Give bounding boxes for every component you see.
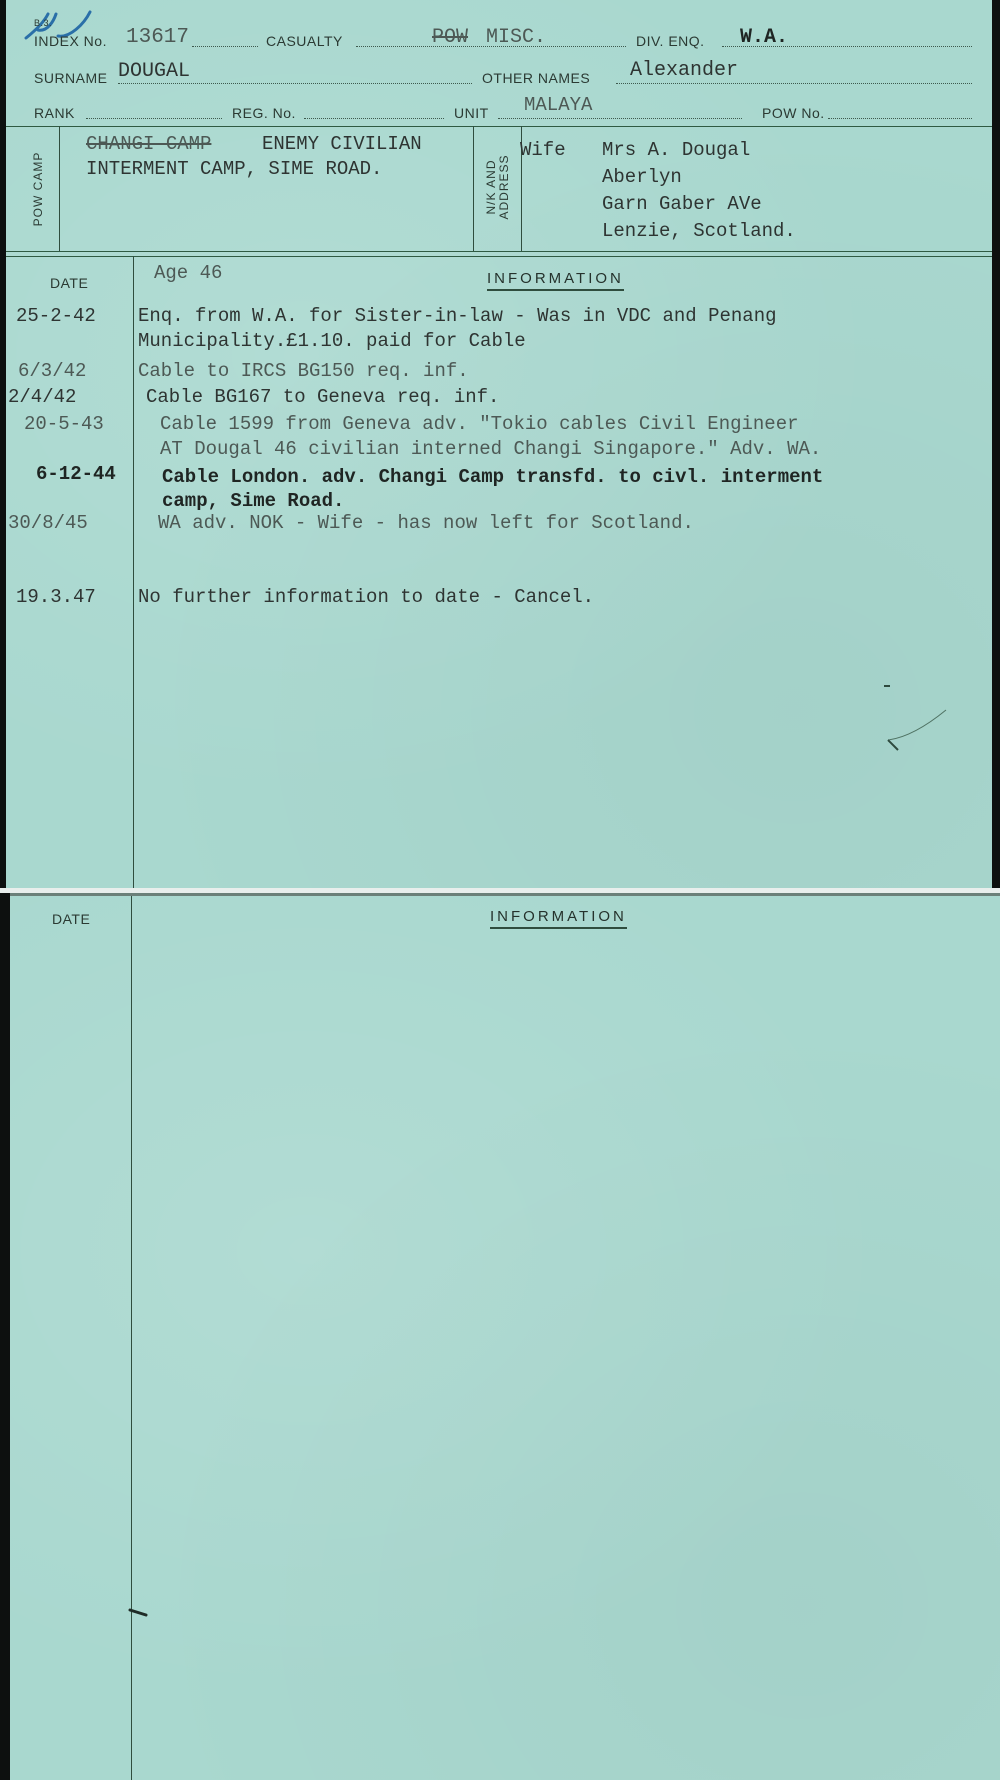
date-column-header: DATE xyxy=(50,275,88,291)
casualty-label: CASUALTY xyxy=(266,33,343,49)
nok-address-line: Garn Gaber AVe xyxy=(602,193,762,215)
nok-relation: Wife xyxy=(520,139,566,161)
information-column-header: INFORMATION xyxy=(490,908,627,929)
pow-camp-line2: INTERMENT CAMP, SIME ROAD. xyxy=(86,158,382,180)
record-card-front: B.3. INDEX No. 13617 CASUALTY POW MISC. … xyxy=(6,0,992,891)
casualty-value: MISC. xyxy=(486,26,546,49)
surname-label: SURNAME xyxy=(34,70,108,86)
entry-text: camp, Sime Road. xyxy=(162,490,344,512)
pencil-tick-icon xyxy=(874,680,954,760)
entry-text: WA adv. NOK - Wife - has now left for Sc… xyxy=(158,512,694,534)
date-column-header: DATE xyxy=(52,911,90,927)
record-card-back: DATE INFORMATION xyxy=(10,893,1000,1780)
div-enq-label: DIV. ENQ. xyxy=(636,33,705,49)
index-label: INDEX No. xyxy=(34,33,107,49)
entry-text: Cable London. adv. Changi Camp transfd. … xyxy=(162,466,823,488)
other-names-value: Alexander xyxy=(630,59,738,82)
entry-text: Municipality.£1.10. paid for Cable xyxy=(138,330,526,352)
entry-text: Cable BG167 to Geneva req. inf. xyxy=(146,386,499,408)
entry-text: Cable to IRCS BG150 req. inf. xyxy=(138,360,469,382)
pow-camp-line1: ENEMY CIVILIAN xyxy=(262,133,422,155)
other-names-label: OTHER NAMES xyxy=(482,70,590,86)
entry-text: Enq. from W.A. for Sister-in-law - Was i… xyxy=(138,305,777,327)
nok-label: N/K AND ADDRESS xyxy=(485,147,511,227)
information-column-header: INFORMATION xyxy=(487,270,624,291)
entry-date: 20-5-43 xyxy=(24,413,104,435)
entry-date: 19.3.47 xyxy=(16,586,96,608)
rank-label: RANK xyxy=(34,105,75,121)
casualty-struck-value: POW xyxy=(432,26,468,49)
entry-date: 30/8/45 xyxy=(8,512,88,534)
index-value: 13617 xyxy=(126,26,189,49)
pow-camp-struck: CHANGI CAMP xyxy=(86,133,211,155)
ink-mark-icon xyxy=(128,1606,158,1620)
entry-date: 6-12-44 xyxy=(36,463,116,485)
surname-value: DOUGAL xyxy=(118,60,190,83)
reg-no-label: REG. No. xyxy=(232,105,296,121)
entry-date: 2/4/42 xyxy=(8,386,76,408)
unit-label: UNIT xyxy=(454,105,489,121)
nok-address-line: Lenzie, Scotland. xyxy=(602,220,796,242)
pow-no-label: POW No. xyxy=(762,105,825,121)
form-code: B.3. xyxy=(34,18,52,28)
entry-text: AT Dougal 46 civilian interned Changi Si… xyxy=(160,438,821,460)
entry-text: No further information to date - Cancel. xyxy=(138,586,594,608)
nok-address-line: Mrs A. Dougal xyxy=(602,139,750,161)
age-note: Age 46 xyxy=(154,262,222,284)
entry-date: 6/3/42 xyxy=(18,360,86,382)
nok-address-line: Aberlyn xyxy=(602,166,682,188)
entry-text: Cable 1599 from Geneva adv. "Tokio cable… xyxy=(160,413,799,435)
pow-camp-label: POW CAMP xyxy=(31,149,45,229)
unit-value: MALAYA xyxy=(524,94,592,116)
div-enq-value: W.A. xyxy=(740,26,788,49)
entry-date: 25-2-42 xyxy=(16,305,96,327)
